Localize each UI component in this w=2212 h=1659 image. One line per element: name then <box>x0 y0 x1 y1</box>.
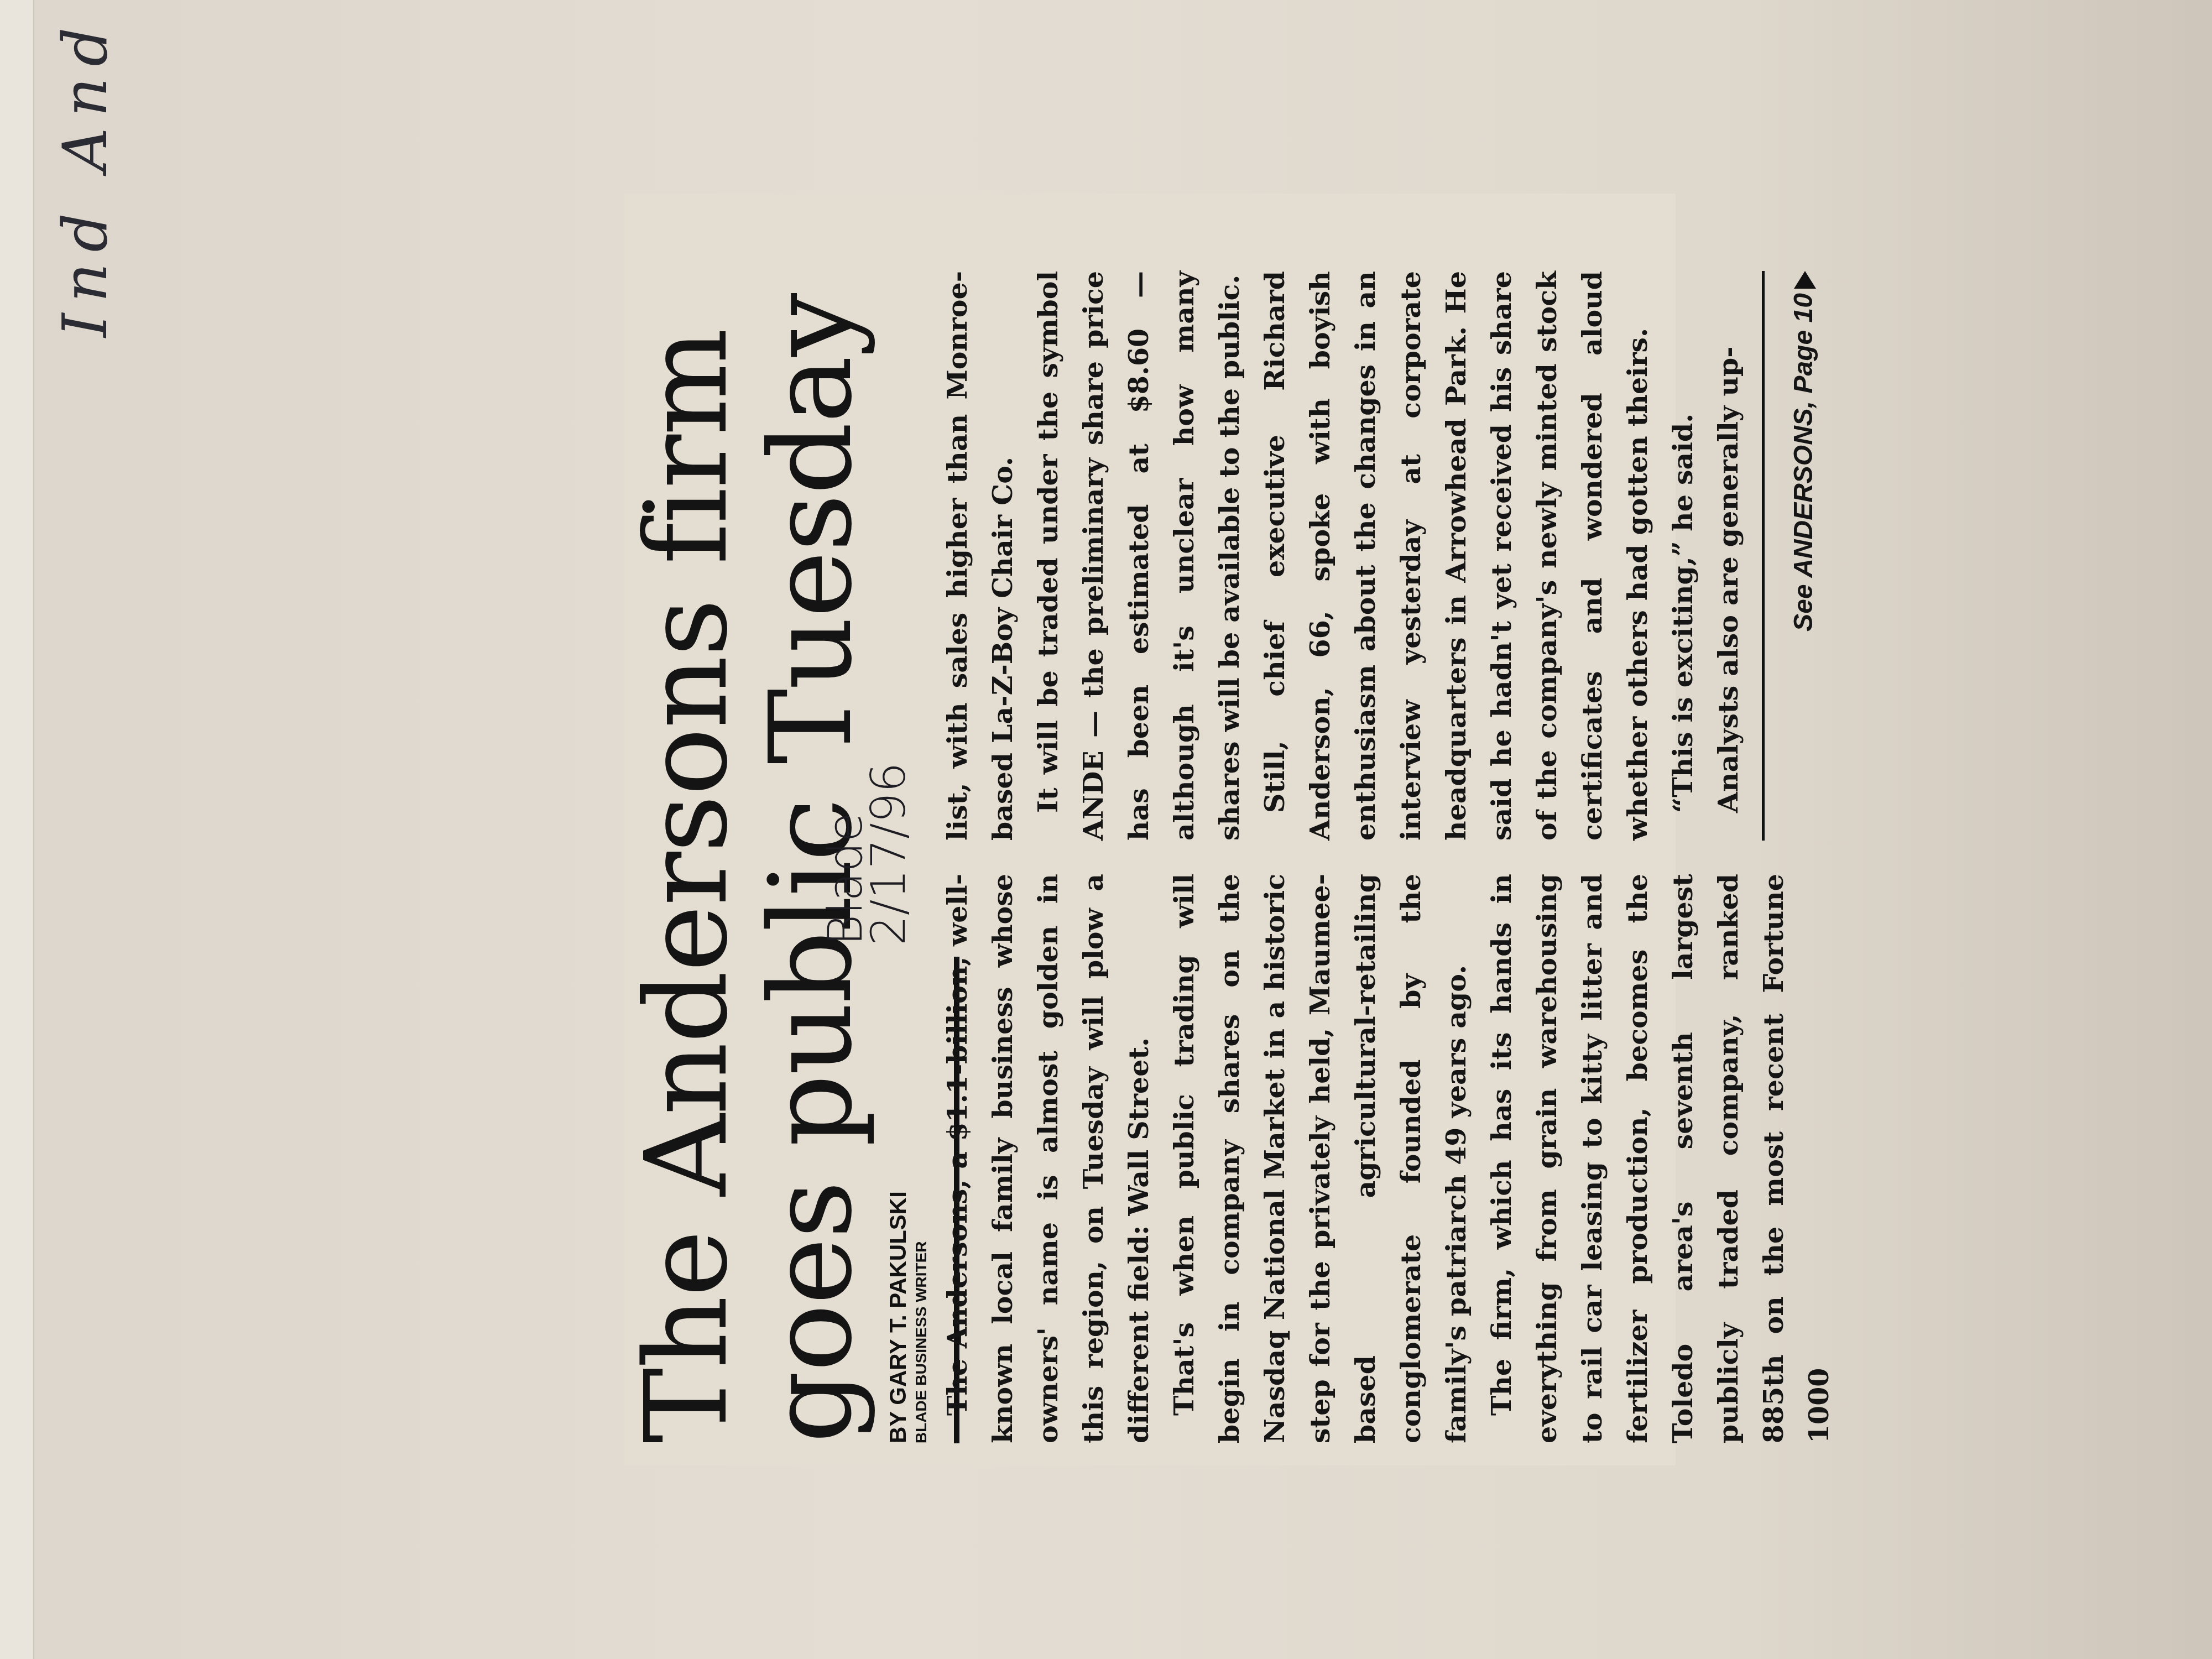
paragraph: list, with sales higher than Monroe-base… <box>935 271 1025 841</box>
paper-edge <box>0 0 34 1659</box>
arrow-right-icon <box>1794 271 1816 289</box>
newspaper-clipping: The Andersons firm goes public Tuesday B… <box>608 194 1659 1465</box>
headline-line-1: The Andersons firm <box>625 194 749 1443</box>
paragraph: That's when public trading will begin in… <box>1161 874 1479 1443</box>
handwritten-date: 2/17/96 <box>867 762 910 946</box>
paragraph: The Andersons, a $1.1-billion, well-know… <box>935 874 1161 1443</box>
paragraph: “This is exciting,” he said. <box>1660 271 1705 841</box>
paragraph: The firm, which has its hands in everyth… <box>1479 874 1841 1443</box>
column-2: list, with sales higher than Monroe-base… <box>935 271 1841 841</box>
paragraph: Still, chief executive Richard Anderson,… <box>1252 271 1660 841</box>
handwritten-annotation: Blade 2/17/96 <box>824 762 910 946</box>
column-1: The Andersons, a $1.1-billion, well-know… <box>935 874 1841 1443</box>
paragraph: It will be traded under the symbol ANDE … <box>1025 271 1252 841</box>
continuation-jump: See ANDERSONS, Page 10 <box>1762 271 1827 841</box>
article-body: The Andersons, a $1.1-billion, well-know… <box>935 271 1841 1443</box>
jump-text: See ANDERSONS, Page 10 <box>1789 293 1818 632</box>
paragraph: Analysts also are generally up- <box>1705 271 1751 841</box>
margin-handwritten-note: Ind And <box>50 0 116 337</box>
